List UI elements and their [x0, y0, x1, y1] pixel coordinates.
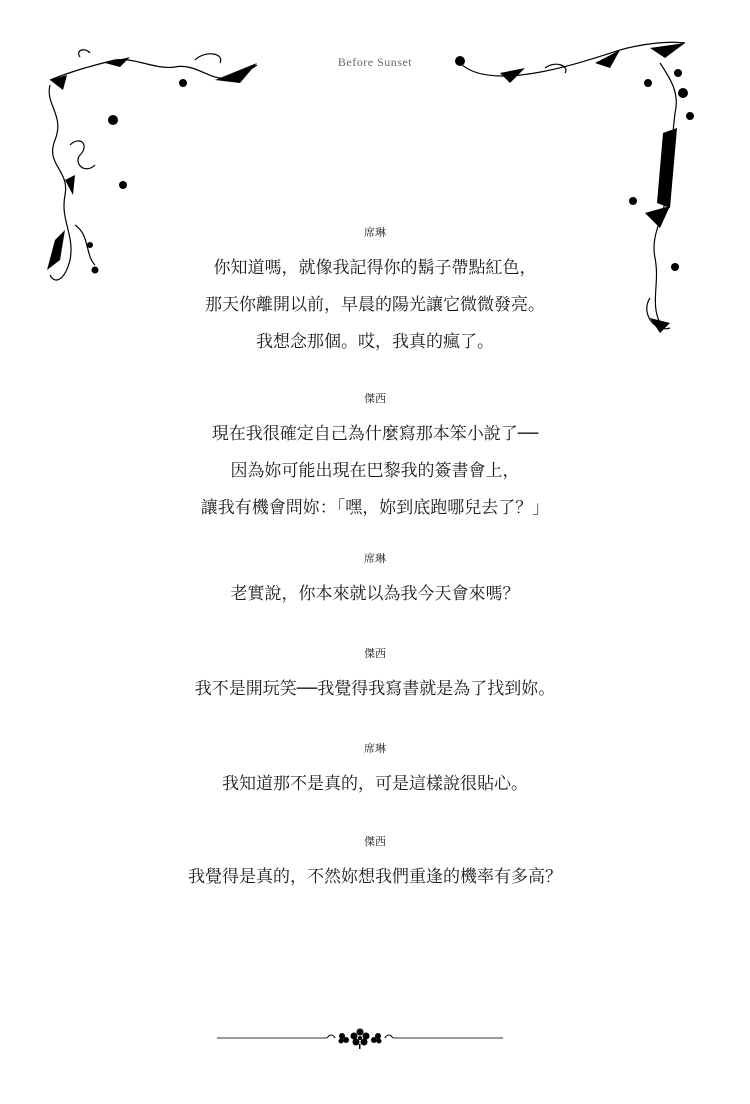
dialogue-block: 席琳 你知道嗎，就像我記得你的鬍子帶點紅色， 那天你離開以前，早晨的陽光讓它微微…: [0, 224, 750, 361]
dialogue-line: 因為妳可能出現在巴黎我的簽書會上，: [0, 453, 750, 490]
dialogue-line: 我知道那不是真的，可是這樣說很貼心。: [0, 766, 750, 803]
speaker-name: 傑西: [0, 833, 750, 849]
dialogue-line: 你知道嗎，就像我記得你的鬍子帶點紅色，: [0, 250, 750, 287]
speaker-name: 傑西: [0, 645, 750, 661]
dialogue-line: 讓我有機會問妳：「嘿，妳到底跑哪兒去了？」: [0, 490, 750, 527]
dialogue-line: 我想念那個。哎，我真的瘋了。: [0, 324, 750, 361]
dialogue-block: 傑西 現在我很確定自己為什麼寫那本笨小說了── 因為妳可能出現在巴黎我的簽書會上…: [0, 390, 750, 527]
speaker-name: 席琳: [0, 550, 750, 566]
dialogue-block: 席琳 我知道那不是真的，可是這樣說很貼心。: [0, 740, 750, 803]
dialogue-block: 席琳 老實說，你本來就以為我今天會來嗎？: [0, 550, 750, 613]
floral-divider-icon: [215, 1026, 505, 1050]
dialogue-line: 老實說，你本來就以為我今天會來嗎？: [0, 576, 750, 613]
dialogue-line: 那天你離開以前，早晨的陽光讓它微微發亮。: [0, 287, 750, 324]
speaker-name: 席琳: [0, 224, 750, 240]
dialogue-line: 我不是開玩笑──我覺得我寫書就是為了找到妳。: [0, 671, 750, 708]
speaker-name: 席琳: [0, 740, 750, 756]
dialogue-block: 傑西 我覺得是真的，不然妳想我們重逢的機率有多高？: [0, 833, 750, 896]
speaker-name: 傑西: [0, 390, 750, 406]
dialogue-line: 現在我很確定自己為什麼寫那本笨小說了──: [0, 416, 750, 453]
dialogue-line: 我覺得是真的，不然妳想我們重逢的機率有多高？: [0, 859, 750, 896]
dialogue-block: 傑西 我不是開玩笑──我覺得我寫書就是為了找到妳。: [0, 645, 750, 708]
